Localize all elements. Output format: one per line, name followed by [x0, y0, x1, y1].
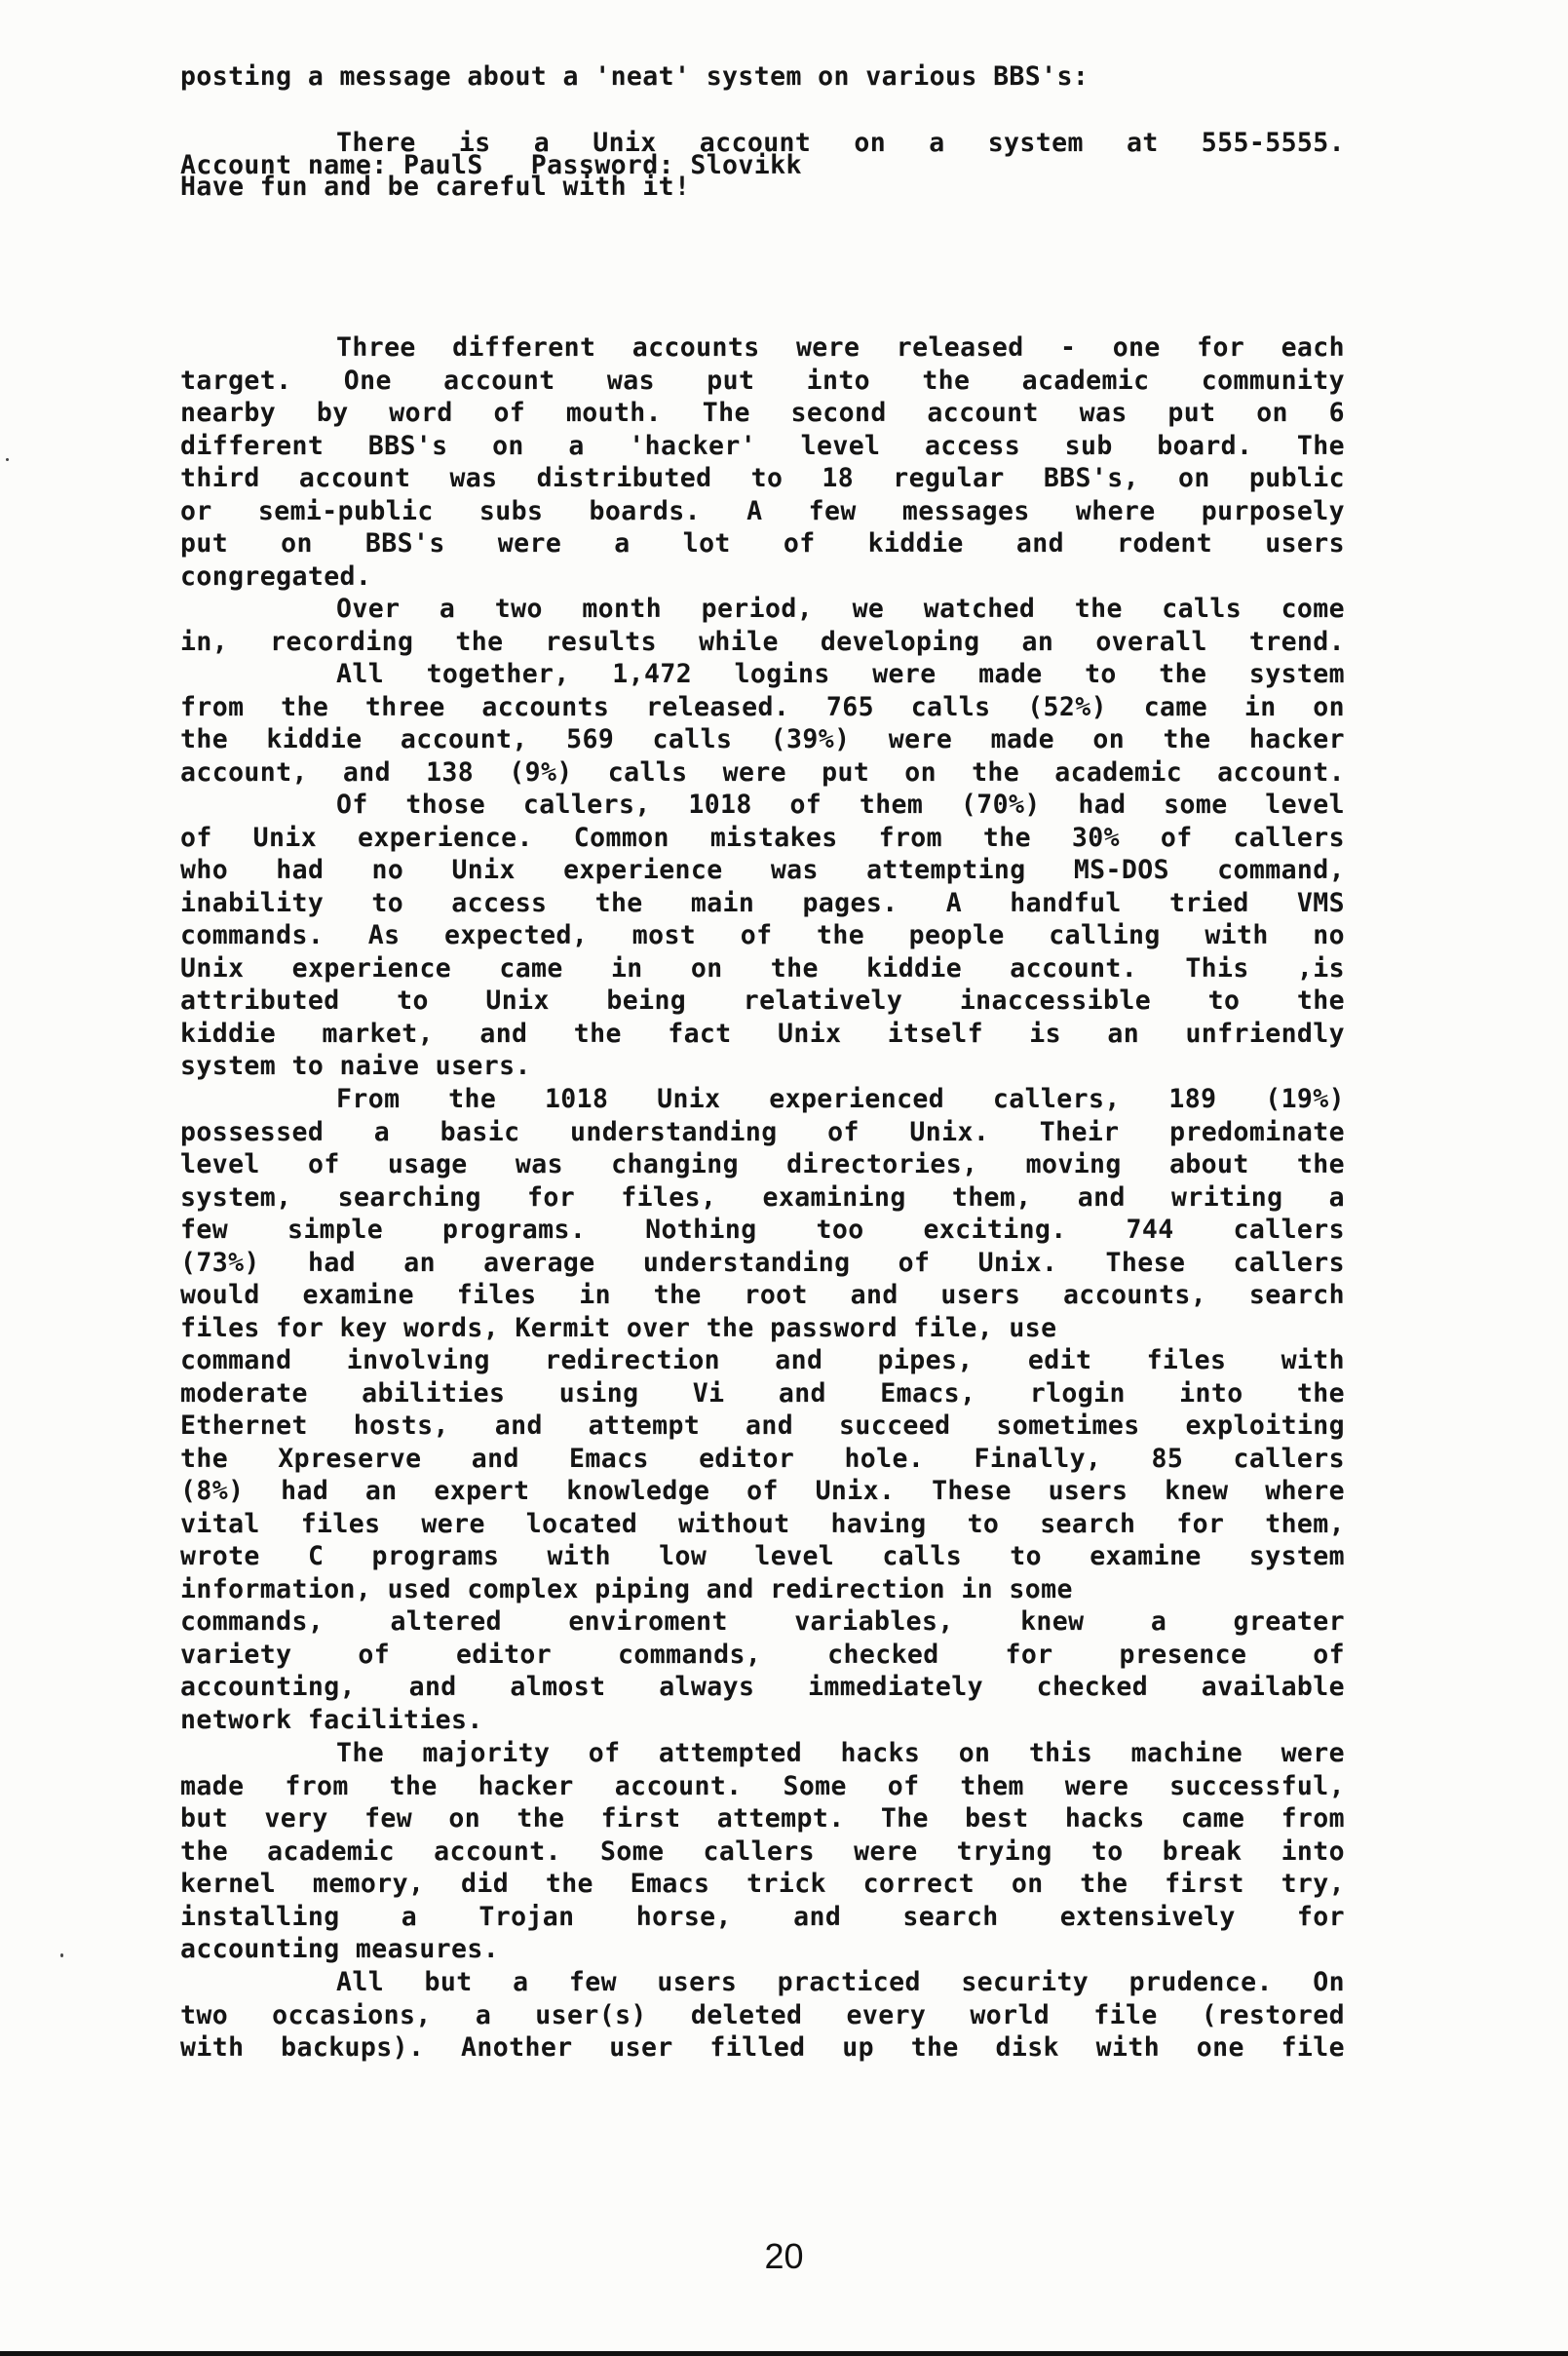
paragraph-line: made from the hacker account. Some of th… [180, 1770, 1345, 1803]
paragraph-line: the Xpreserve and Emacs editor hole. Fin… [180, 1443, 1345, 1476]
paragraph-line: accounting measures. [180, 1933, 1345, 1966]
paragraph-line: with backups). Another user filled up th… [180, 2031, 1345, 2065]
paragraph-line: information, used complex piping and red… [180, 1573, 1345, 1606]
paragraph-line: network facilities. [180, 1704, 1345, 1737]
paragraph-line: the kiddie account, 569 calls (39%) were… [180, 723, 1345, 756]
paragraph-line: (8%) had an expert knowledge of Unix. Th… [180, 1475, 1345, 1508]
paragraph-line: third account was distributed to 18 regu… [180, 462, 1345, 495]
paragraph-line: commands. As expected, most of the peopl… [180, 919, 1345, 952]
scan-speck [60, 1953, 63, 1957]
paragraph-line: nearby by word of mouth. The second acco… [180, 397, 1345, 430]
paragraph-line: the academic account. Some callers were … [180, 1835, 1345, 1869]
paragraph-line: system to naive users. [180, 1050, 1345, 1083]
intro-line-block: posting a message about a 'neat' system … [180, 60, 1345, 94]
paragraph-line: level of usage was changing directories,… [180, 1148, 1345, 1181]
paragraph-line: Of those callers, 1018 of them (70%) had… [180, 789, 1345, 822]
paragraph-line: few simple programs. Nothing too excitin… [180, 1214, 1345, 1247]
paragraph-line: from the three accounts released. 765 ca… [180, 691, 1345, 724]
paragraph-line: command involving redirection and pipes,… [180, 1344, 1345, 1377]
paragraph-line: vital files were located without having … [180, 1508, 1345, 1541]
paragraph-line: inability to access the main pages. A ha… [180, 887, 1345, 920]
paragraph-line: All but a few users practiced security p… [180, 1966, 1345, 1999]
scan-speck [6, 458, 9, 461]
paragraph-line: wrote C programs with low level calls to… [180, 1540, 1345, 1573]
paragraph-line: system, searching for files, examining t… [180, 1181, 1345, 1215]
paragraph-line: (73%) had an average understanding of Un… [180, 1247, 1345, 1280]
paragraph-line: variety of editor commands, checked for … [180, 1639, 1345, 1672]
paragraph-line: Over a two month period, we watched the … [180, 593, 1345, 626]
paragraph-line: would examine files in the root and user… [180, 1279, 1345, 1312]
paragraph: All but a few users practiced security p… [180, 1966, 1345, 2065]
paragraph-line: put on BBS's were a lot of kiddie and ro… [180, 527, 1345, 560]
paragraph-line: Three different accounts were released -… [180, 331, 1345, 365]
paragraph-line: who had no Unix experience was attemptin… [180, 854, 1345, 887]
document-page: posting a message about a 'neat' system … [0, 0, 1568, 2356]
paragraph: Over a two month period, we watched the … [180, 593, 1345, 658]
paragraph-line: moderate abilities using Vi and Emacs, r… [180, 1377, 1345, 1410]
paragraph: The majority of attempted hacks on this … [180, 1737, 1345, 1966]
paragraph: All together, 1,472 logins were made to … [180, 658, 1345, 789]
paragraph-line: attributed to Unix being relatively inac… [180, 985, 1345, 1018]
paragraph-line: or semi-public subs boards. A few messag… [180, 495, 1345, 528]
bbs-message: There is a Unix account on a system at 5… [180, 127, 1345, 204]
paragraph-line: different BBS's on a 'hacker' level acce… [180, 430, 1345, 463]
paragraph-line: Ethernet hosts, and attempt and succeed … [180, 1410, 1345, 1443]
paragraph-line: two occasions, a user(s) deleted every w… [180, 1999, 1345, 2032]
paragraph-line: files for key words, Kermit over the pas… [180, 1312, 1345, 1345]
paragraph-line: installing a Trojan horse, and search ex… [180, 1901, 1345, 1934]
paragraph-line: kiddie market, and the fact Unix itself … [180, 1018, 1345, 1051]
paragraph-line: congregated. [180, 560, 1345, 594]
paragraph-line: From the 1018 Unix experienced callers, … [180, 1083, 1345, 1116]
paragraph-line: All together, 1,472 logins were made to … [180, 658, 1345, 691]
paragraph-line: commands, altered enviroment variables, … [180, 1605, 1345, 1639]
paragraph-line: The majority of attempted hacks on this … [180, 1737, 1345, 1770]
scan-edge-rule [0, 2351, 1568, 2356]
paragraph-line: but very few on the first attempt. The b… [180, 1802, 1345, 1835]
paragraph-line: possessed a basic understanding of Unix.… [180, 1116, 1345, 1149]
intro-line: posting a message about a 'neat' system … [180, 60, 1345, 94]
paragraph-line: account, and 138 (9%) calls were put on … [180, 756, 1345, 790]
paragraph: Of those callers, 1018 of them (70%) had… [180, 789, 1345, 1083]
paragraph-line: target. One account was put into the aca… [180, 365, 1345, 398]
page-number: 20 [0, 2236, 1568, 2277]
paragraph-line: kernel memory, did the Emacs trick corre… [180, 1868, 1345, 1901]
paragraph-line: of Unix experience. Common mistakes from… [180, 822, 1345, 855]
paragraph-line: Unix experience came in on the kiddie ac… [180, 952, 1345, 985]
paragraph: Three different accounts were released -… [180, 331, 1345, 593]
paragraph-line: in, recording the results while developi… [180, 626, 1345, 659]
paragraph: From the 1018 Unix experienced callers, … [180, 1083, 1345, 1736]
paragraph-line: accounting, and almost always immediatel… [180, 1671, 1345, 1704]
